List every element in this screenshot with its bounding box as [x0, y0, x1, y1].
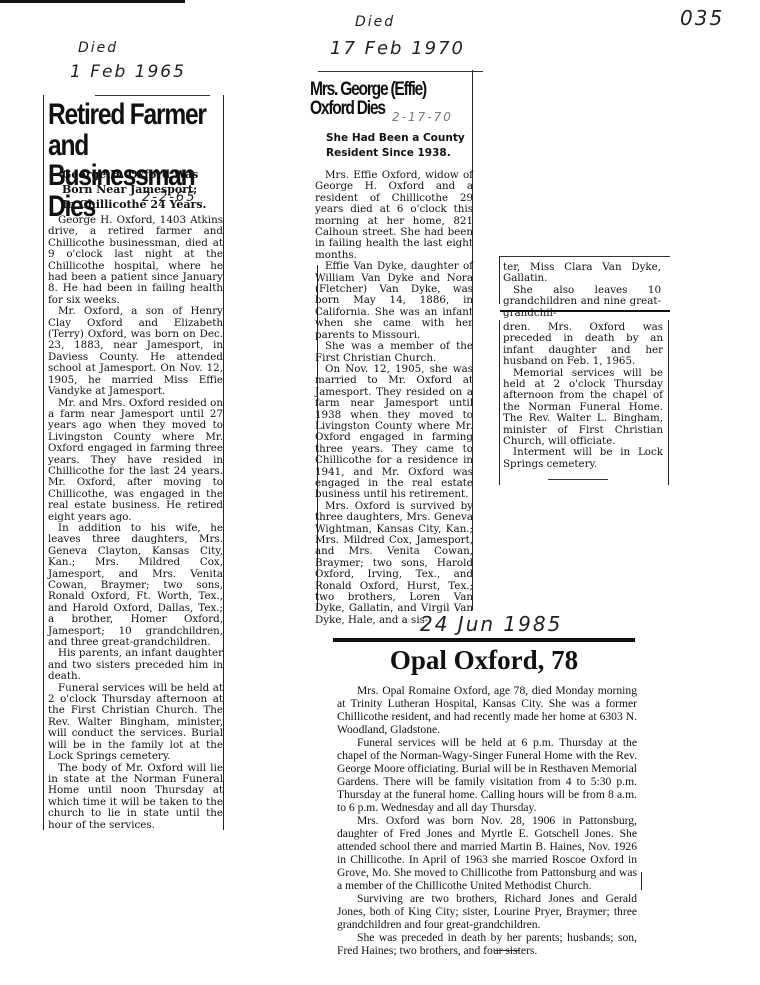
continuation-top-rule [500, 256, 670, 257]
article-body: Mrs. Effie Oxford, widow of George H. Ox… [315, 170, 473, 626]
margin-mark [641, 872, 642, 890]
paragraph: Mrs. Effie Oxford, widow of George H. Ox… [315, 170, 473, 261]
scan-edge-mark [0, 0, 185, 3]
page-number-handwritten: 035 [680, 6, 724, 30]
subhead-line: She Had Been a County [326, 131, 486, 146]
paragraph: In addition to his wife, he leaves three… [48, 523, 223, 648]
handwritten-margin-date: 2-2-65 [142, 190, 196, 205]
subhead-line: Resident Since 1938. [326, 146, 486, 161]
paragraph: Surviving are two brothers, Richard Jone… [337, 892, 637, 931]
paragraph: Mr. and Mrs. Oxford resided on a farm ne… [48, 398, 223, 523]
continuation-end-rule [548, 479, 608, 480]
continuation-right-border [668, 320, 669, 485]
paragraph: Effie Van Dyke, daughter of William Van … [315, 261, 473, 341]
headline-line: Mrs. George (Effie) [310, 80, 466, 99]
paragraph: On Nov. 12, 1905, she was married to Mr.… [315, 364, 473, 501]
paragraph: Mrs. Oxford was born Nov. 28, 1906 in Pa… [337, 814, 637, 892]
paragraph: George H. Oxford, 1403 Atkins drive, a r… [48, 215, 223, 306]
headline: Opal Oxford, 78 [333, 645, 635, 676]
paragraph: dren. Mrs. Oxford was preceded in death … [503, 322, 663, 368]
paragraph: ter, Miss Clara Van Dyke, Gallatin. [503, 262, 661, 285]
subhead-line: George H. Oxford Was [62, 167, 227, 182]
end-rule [495, 950, 520, 951]
paragraph: She was a member of the First Christian … [315, 341, 473, 364]
handwritten-date-note: 17 Feb 1970 [330, 38, 465, 59]
paragraph: She was preceded in death by her parents… [337, 931, 637, 957]
paragraph: The body of Mr. Oxford will lie in state… [48, 763, 223, 831]
continuation-left-border [499, 256, 500, 304]
headline-top-rule [333, 638, 635, 642]
paragraph: Interment will be in Lock Springs cemete… [503, 447, 663, 470]
paragraph: Funeral services will be held at 6 p.m. … [337, 736, 637, 814]
clipping-left-border [43, 95, 44, 830]
clipping-top-rule [318, 71, 483, 72]
paragraph: Mrs. Oxford is survived by three daughte… [315, 501, 473, 626]
handwritten-died-note: Died [355, 14, 395, 30]
handwritten-died-note: Died [78, 40, 118, 56]
paragraph: Mrs. Opal Romaine Oxford, age 78, died M… [337, 684, 637, 736]
clipping-top-rule [95, 95, 210, 96]
continuation-left-border [499, 320, 500, 485]
handwritten-date-note: 24 Jun 1985 [420, 612, 562, 636]
paragraph: Memorial services will be held at 2 o'cl… [503, 368, 663, 448]
paragraph: Mr. Oxford, a son of Henry Clay Oxford a… [48, 306, 223, 397]
continuation-block-b: dren. Mrs. Oxford was preceded in death … [503, 322, 663, 470]
handwritten-date-note: 1 Feb 1965 [70, 62, 186, 82]
handwritten-margin-date: 2-17-70 [392, 110, 453, 124]
paragraph: Funeral services will be held at 2 o'clo… [48, 683, 223, 763]
article-body: Mrs. Opal Romaine Oxford, age 78, died M… [337, 684, 637, 957]
paragraph: His parents, an infant daughter and two … [48, 648, 223, 682]
continuation-bottom-rule [500, 310, 670, 312]
article-body: George H. Oxford, 1403 Atkins drive, a r… [48, 215, 223, 831]
paragraph: She also leaves 10 grandchildren and nin… [503, 285, 661, 319]
